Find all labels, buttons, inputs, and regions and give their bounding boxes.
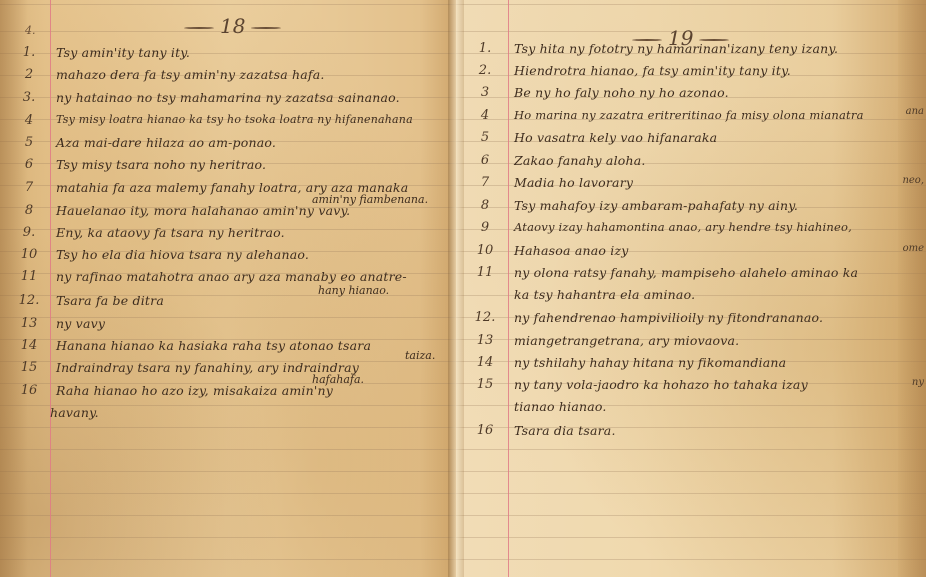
line-number: 13 <box>470 333 500 348</box>
text-line: 12.ny fahendrenao hampivilioily ny fiton… <box>456 307 926 329</box>
text-line: havany. <box>0 402 456 424</box>
text-line: 16Raha hianao ho azo izy, misakaiza amin… <box>0 380 456 402</box>
notebook-spread: 4. 18 1.Tsy amin'ity tany ity. 2mahazo d… <box>0 0 926 577</box>
line-text: Tsara fa be ditra <box>56 293 164 308</box>
line-text: ny rafinao matahotra anao ary aza manaby… <box>56 269 407 284</box>
line-text: miangetrangetrana, ary miovaova. <box>514 333 739 348</box>
line-number: 14 <box>14 338 44 353</box>
line-number: 8 <box>470 198 500 213</box>
text-line: 3.ny hatainao no tsy mahamarina ny zazat… <box>0 87 456 109</box>
line-number: 3 <box>470 85 500 100</box>
margin-fragment: neo, <box>902 175 924 186</box>
line-text: ny tany vola-jaodro ka hohazo ho tahaka … <box>514 377 808 392</box>
line-number: 7 <box>470 175 500 190</box>
line-number: 15 <box>470 377 500 392</box>
line-number: 9 <box>470 220 500 235</box>
line-text: Madia ho lavorary <box>514 175 633 190</box>
line-number: 3. <box>14 90 44 105</box>
text-line: 1.Tsy hita ny fototry ny hamarinan'izany… <box>456 38 926 60</box>
line-text: Be ny ho faly noho ny ho azonao. <box>514 85 729 100</box>
text-line: ka tsy hahantra ela aminao. <box>456 284 926 306</box>
line-number: 11 <box>14 269 44 284</box>
line-text: Tsara dia tsara. <box>514 423 616 438</box>
line-number: 16 <box>14 383 44 398</box>
stray-mark: 4. <box>25 24 36 37</box>
text-line: tianao hianao. <box>456 396 926 418</box>
text-line: 12.Tsara fa be ditra <box>0 290 456 312</box>
flourish-left <box>184 27 214 29</box>
margin-fragment: ny <box>912 377 924 388</box>
line-number: 1. <box>470 41 500 56</box>
line-number: 2 <box>14 67 44 82</box>
page-number: 18 <box>178 14 287 38</box>
line-number: 10 <box>14 247 44 262</box>
text-line: 6Tsy misy tsara noho ny heritrao. <box>0 154 456 176</box>
line-number: 5 <box>470 130 500 145</box>
text-line: 5Ho vasatra kely vao hifanaraka <box>456 127 926 149</box>
line-number: 6 <box>14 157 44 172</box>
line-text: Ho vasatra kely vao hifanaraka <box>514 130 717 145</box>
text-line: 13miangetrangetrana, ary miovaova. <box>456 330 926 352</box>
text-line: 8Hauelanao ity, mora halahanao amin'ny v… <box>0 200 456 222</box>
line-text: ny olona ratsy fanahy, mampiseho alahelo… <box>514 265 858 280</box>
line-text: Hahasoa anao izy <box>514 243 629 258</box>
text-line: 13ny vavy <box>0 313 456 335</box>
margin-fragment: ome <box>903 243 924 254</box>
line-number: 9. <box>14 225 44 240</box>
line-number: 6 <box>470 153 500 168</box>
line-number: 4 <box>14 113 44 128</box>
line-text: Hanana hianao ka hasiaka raha tsy atonao… <box>56 338 371 353</box>
margin-fragment: ana <box>906 106 924 117</box>
line-text: Tsy ho ela dia hiova tsara ny alehanao. <box>56 247 309 262</box>
line-text: Raha hianao ho azo izy, misakaiza amin'n… <box>56 383 333 398</box>
line-text: ny tshilahy hahay hitana ny fikomandiana <box>514 355 786 370</box>
line-text: Tsy mahafoy izy ambaram-pahafaty ny ainy… <box>514 198 798 213</box>
text-line: 15ny tany vola-jaodro ka hohazo ho tahak… <box>456 374 926 396</box>
line-number: 11 <box>470 265 500 280</box>
line-number: 13 <box>14 316 44 331</box>
line-text: ka tsy hahantra ela aminao. <box>514 287 695 302</box>
text-line: 9.Eny, ka ataovy fa tsara ny heritrao. <box>0 222 456 244</box>
line-text: Ho marina ny zazatra eritreritinao fa mi… <box>514 108 864 122</box>
line-number: 12. <box>470 310 500 325</box>
text-line: 10Tsy ho ela dia hiova tsara ny alehanao… <box>0 244 456 266</box>
line-number: 10 <box>470 243 500 258</box>
line-text: ny hatainao no tsy mahamarina ny zazatsa… <box>56 90 400 105</box>
book-gutter <box>448 0 464 577</box>
text-line: 15Indraindray tsara ny fanahiny, ary ind… <box>0 357 456 379</box>
line-text: Zakao fanahy aloha. <box>514 153 646 168</box>
line-number: 14 <box>470 355 500 370</box>
line-number: 16 <box>470 423 500 438</box>
line-number: 1. <box>14 45 44 60</box>
text-line: 16Tsara dia tsara. <box>456 420 926 442</box>
text-line: 5Aza mai-dare hilaza ao am-ponao. <box>0 132 456 154</box>
line-text: Tsy misy loatra hianao ka tsy ho tsoka l… <box>56 113 413 126</box>
line-text: ny vavy <box>56 316 105 331</box>
line-number: 12. <box>14 293 44 308</box>
line-number: 8 <box>14 203 44 218</box>
page-number-text: 18 <box>220 14 245 38</box>
text-line: 6Zakao fanahy aloha. <box>456 150 926 172</box>
text-line: 2.Hiendrotra hianao, fa tsy amin'ity tan… <box>456 60 926 82</box>
text-line: 14Hanana hianao ka hasiaka raha tsy aton… <box>0 335 456 357</box>
text-line: 9Ataovy izay hahamontina anao, ary hendr… <box>456 217 926 239</box>
left-page: 4. 18 1.Tsy amin'ity tany ity. 2mahazo d… <box>0 0 456 577</box>
line-text: Tsy hita ny fototry ny hamarinan'izany t… <box>514 41 838 56</box>
text-line: 8Tsy mahafoy izy ambaram-pahafaty ny ain… <box>456 195 926 217</box>
text-line: 2mahazo dera fa tsy amin'ny zazatsa hafa… <box>0 64 456 86</box>
line-text: Ataovy izay hahamontina anao, ary hendre… <box>514 220 852 234</box>
line-text: havany. <box>50 405 99 420</box>
text-line: 7Madia ho lavorary <box>456 172 926 194</box>
line-text: mahazo dera fa tsy amin'ny zazatsa hafa. <box>56 67 325 82</box>
line-text: Hiendrotra hianao, fa tsy amin'ity tany … <box>514 63 791 78</box>
text-line: 10Hahasoa anao izy <box>456 240 926 262</box>
line-text: Tsy amin'ity tany ity. <box>56 45 190 60</box>
line-text: Tsy misy tsara noho ny heritrao. <box>56 157 266 172</box>
text-line: 4Tsy misy loatra hianao ka tsy ho tsoka … <box>0 110 456 132</box>
text-line: 4Ho marina ny zazatra eritreritinao fa m… <box>456 105 926 127</box>
text-line: 1.Tsy amin'ity tany ity. <box>0 42 456 64</box>
line-number: 7 <box>14 180 44 195</box>
right-page: 19 1.Tsy hita ny fototry ny hamarinan'iz… <box>456 0 926 577</box>
line-number: 15 <box>14 360 44 375</box>
line-text: Aza mai-dare hilaza ao am-ponao. <box>56 135 276 150</box>
line-number: 4 <box>470 108 500 123</box>
line-number: 5 <box>14 135 44 150</box>
text-line: 14ny tshilahy hahay hitana ny fikomandia… <box>456 352 926 374</box>
line-text: Hauelanao ity, mora halahanao amin'ny va… <box>56 203 350 218</box>
line-number: 2. <box>470 63 500 78</box>
flourish-right <box>251 27 281 29</box>
text-line: 3Be ny ho faly noho ny ho azonao. <box>456 82 926 104</box>
line-text: ny fahendrenao hampivilioily ny fitondra… <box>514 310 823 325</box>
text-line: 11ny olona ratsy fanahy, mampiseho alahe… <box>456 262 926 284</box>
line-text: tianao hianao. <box>514 399 607 414</box>
line-text: Eny, ka ataovy fa tsara ny heritrao. <box>56 225 285 240</box>
